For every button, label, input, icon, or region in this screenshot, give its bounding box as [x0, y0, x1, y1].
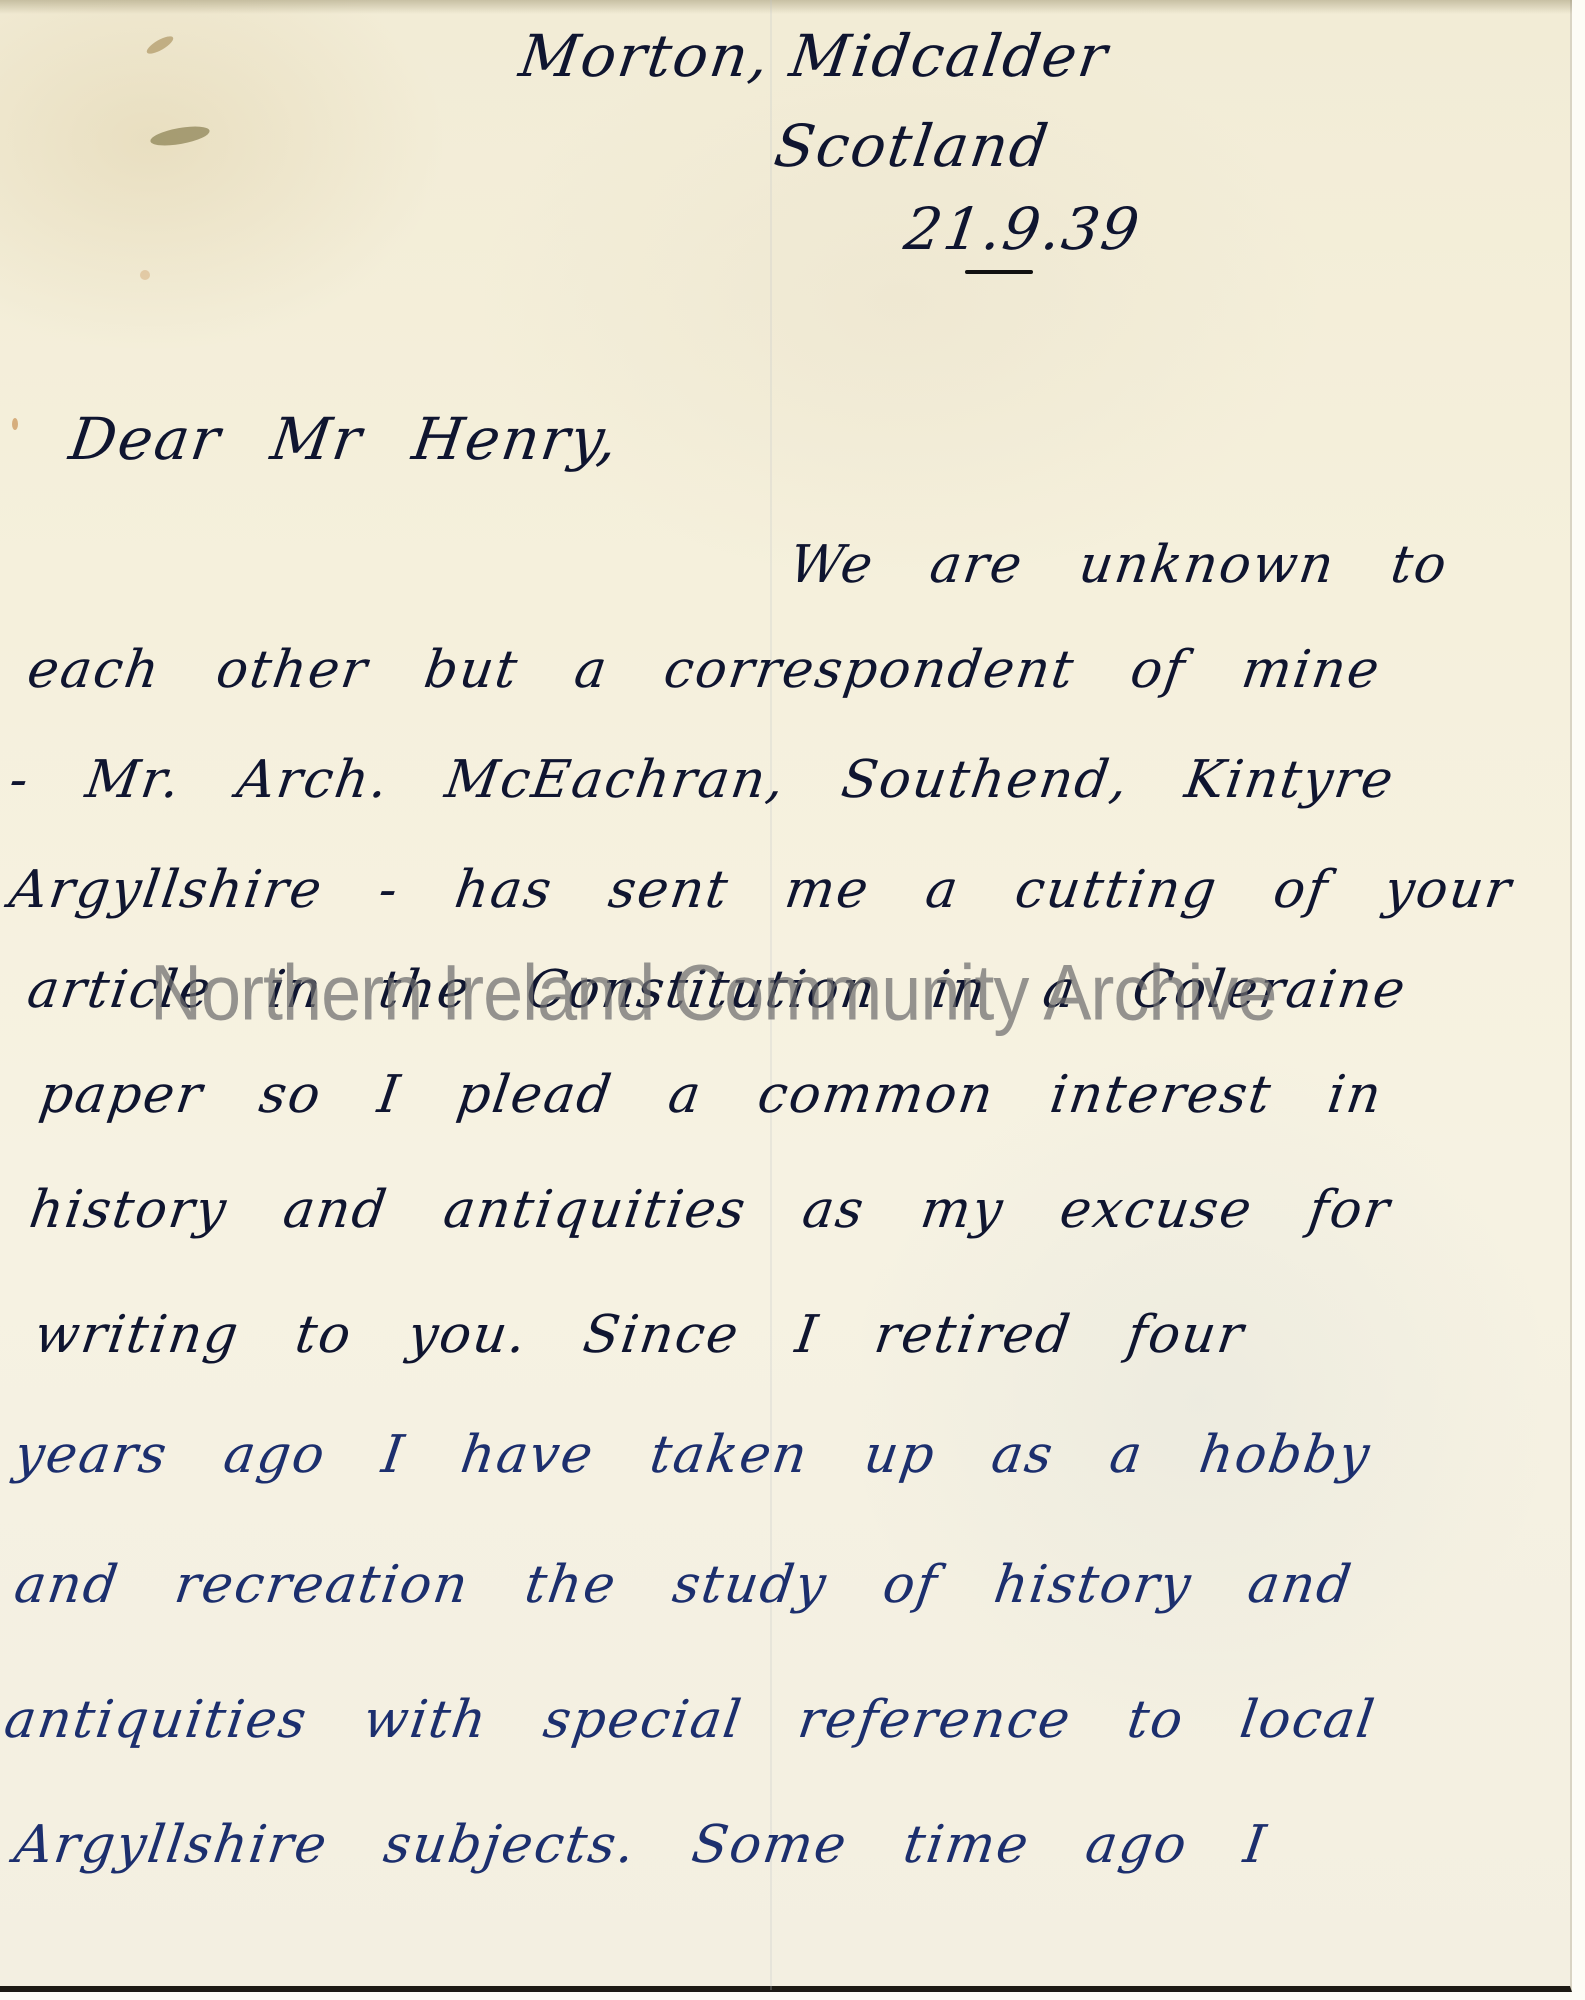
body-line: antiquities with special reference to lo… [1, 1690, 1380, 1750]
rust-spot [12, 418, 18, 430]
body-line: years ago I have taken up as a hobby [11, 1425, 1375, 1485]
rust-spot [140, 270, 150, 280]
date-underline [965, 270, 1033, 274]
scanned-letter: Morton, Midcalder Scotland 21.9.39 Dear … [0, 0, 1585, 2000]
body-line: We are unknown to [786, 535, 1452, 595]
body-line: history and antiquities as my excuse for [26, 1180, 1395, 1240]
paper-top-shadow [0, 0, 1572, 14]
archive-watermark: Northern Ireland Community Archive [150, 948, 1460, 1038]
body-line: Argyllshire subjects. Some time ago I [11, 1815, 1271, 1875]
body-line: writing to you. Since I retired four [31, 1305, 1249, 1365]
letter-date: 21.9.39 [900, 195, 1145, 263]
body-line: - Mr. Arch. McEachran, Southend, Kintyre [6, 750, 1399, 810]
body-line: Argyllshire - has sent me a cutting of y… [6, 860, 1517, 920]
address-line-2: Scotland [770, 112, 1054, 180]
salutation: Dear Mr Henry, [65, 405, 623, 473]
address-line-1: Morton, Midcalder [515, 22, 1113, 90]
body-line: each other but a correspondent of mine [24, 640, 1385, 700]
body-line: paper so I plead a common interest in [36, 1065, 1387, 1125]
body-line: and recreation the study of history and [11, 1555, 1357, 1615]
